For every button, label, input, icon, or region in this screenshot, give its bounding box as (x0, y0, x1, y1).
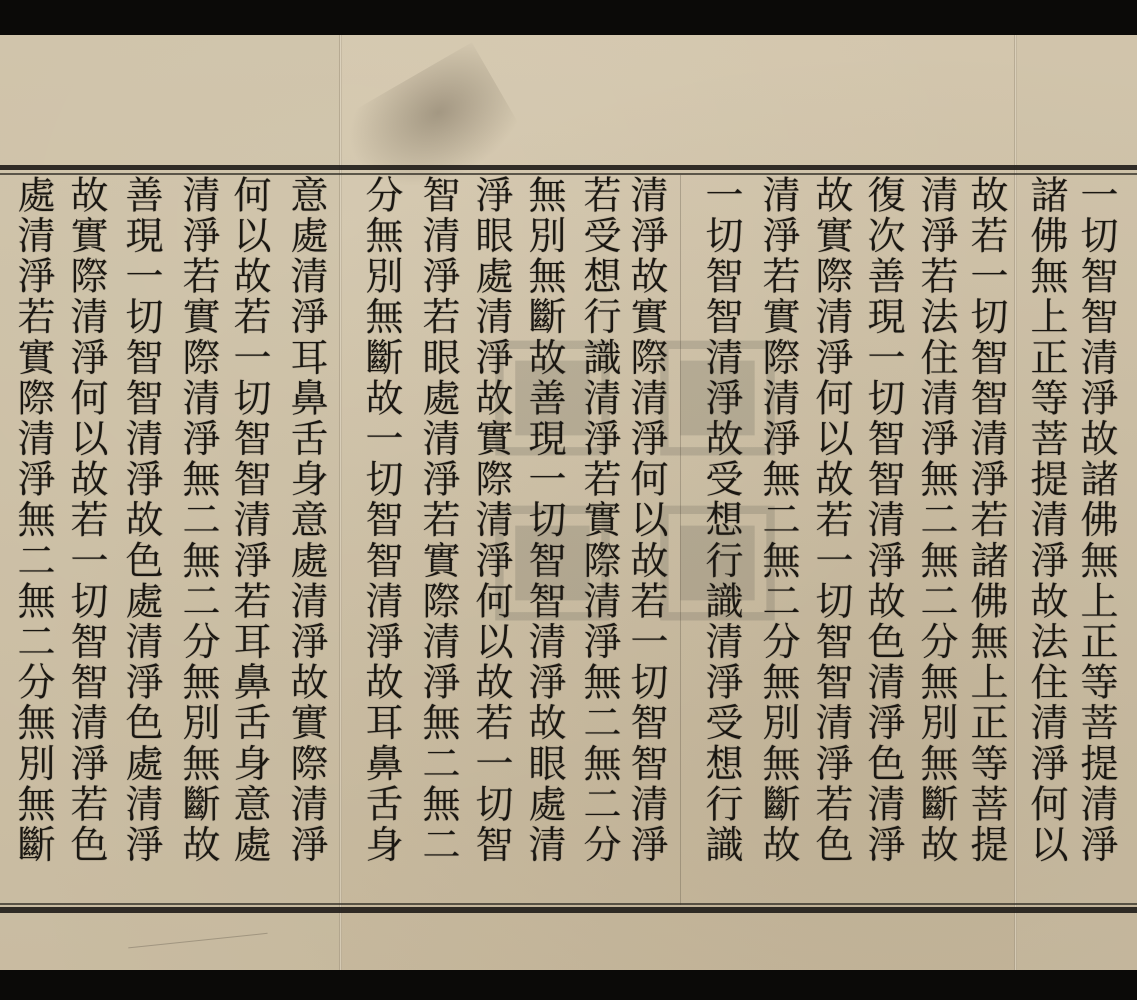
text-column-1: 一切智智清淨故諸佛無上正等菩提清淨 (1075, 175, 1117, 905)
text-column-5: 復次善現一切智智清淨故色清淨色清淨 (862, 175, 904, 905)
text-column-6: 故實際清淨何以故若一切智智清淨若色 (810, 175, 852, 905)
text-column-20: 處清淨若實際清淨無二無二分無別無斷 (12, 175, 54, 905)
text-column-3: 故若一切智智清淨若諸佛無上正等菩提 (965, 175, 1007, 905)
text-column-15: 意處清淨耳鼻舌身意處清淨故實際清淨 (285, 175, 327, 905)
scanned-page: ▣ ▣ ▣ ▣ 一切智智清淨故諸佛無上正等菩提清淨 諸佛無上正等菩提清淨故法住清… (0, 35, 1137, 970)
text-column-9: 清淨故實際清淨何以故若一切智智清淨 (625, 175, 667, 905)
top-border-rule (0, 165, 1137, 170)
bottom-border-rule (0, 907, 1137, 913)
text-column-12: 淨眼處清淨故實際清淨何以故若一切智 (470, 175, 512, 905)
text-column-2: 諸佛無上正等菩提清淨故法住清淨何以 (1025, 175, 1067, 905)
text-column-10: 若受想行識清淨若實際清淨無二無二分 (578, 175, 620, 905)
text-column-17: 清淨若實際清淨無二無二分無別無斷故 (177, 175, 219, 905)
sutra-text: 一切智智清淨故諸佛無上正等菩提清淨 諸佛無上正等菩提清淨故法住清淨何以 故若一切… (0, 175, 1137, 905)
text-column-19: 故實際清淨何以故若一切智智清淨若色 (65, 175, 107, 905)
text-column-16: 何以故若一切智智清淨若耳鼻舌身意處 (228, 175, 270, 905)
text-column-8: 一切智智清淨故受想行識清淨受想行識 (700, 175, 742, 905)
text-column-11: 無別無斷故善現一切智智清淨故眼處清 (523, 175, 565, 905)
text-column-4: 清淨若法住清淨無二無二分無別無斷故 (915, 175, 957, 905)
text-column-18: 善現一切智智清淨故色處清淨色處清淨 (120, 175, 162, 905)
text-column-7: 清淨若實際清淨無二無二分無別無斷故 (757, 175, 799, 905)
text-column-14: 分無別無斷故一切智智清淨故耳鼻舌身 (360, 175, 402, 905)
text-column-13: 智清淨若眼處清淨若實際清淨無二無二 (417, 175, 459, 905)
